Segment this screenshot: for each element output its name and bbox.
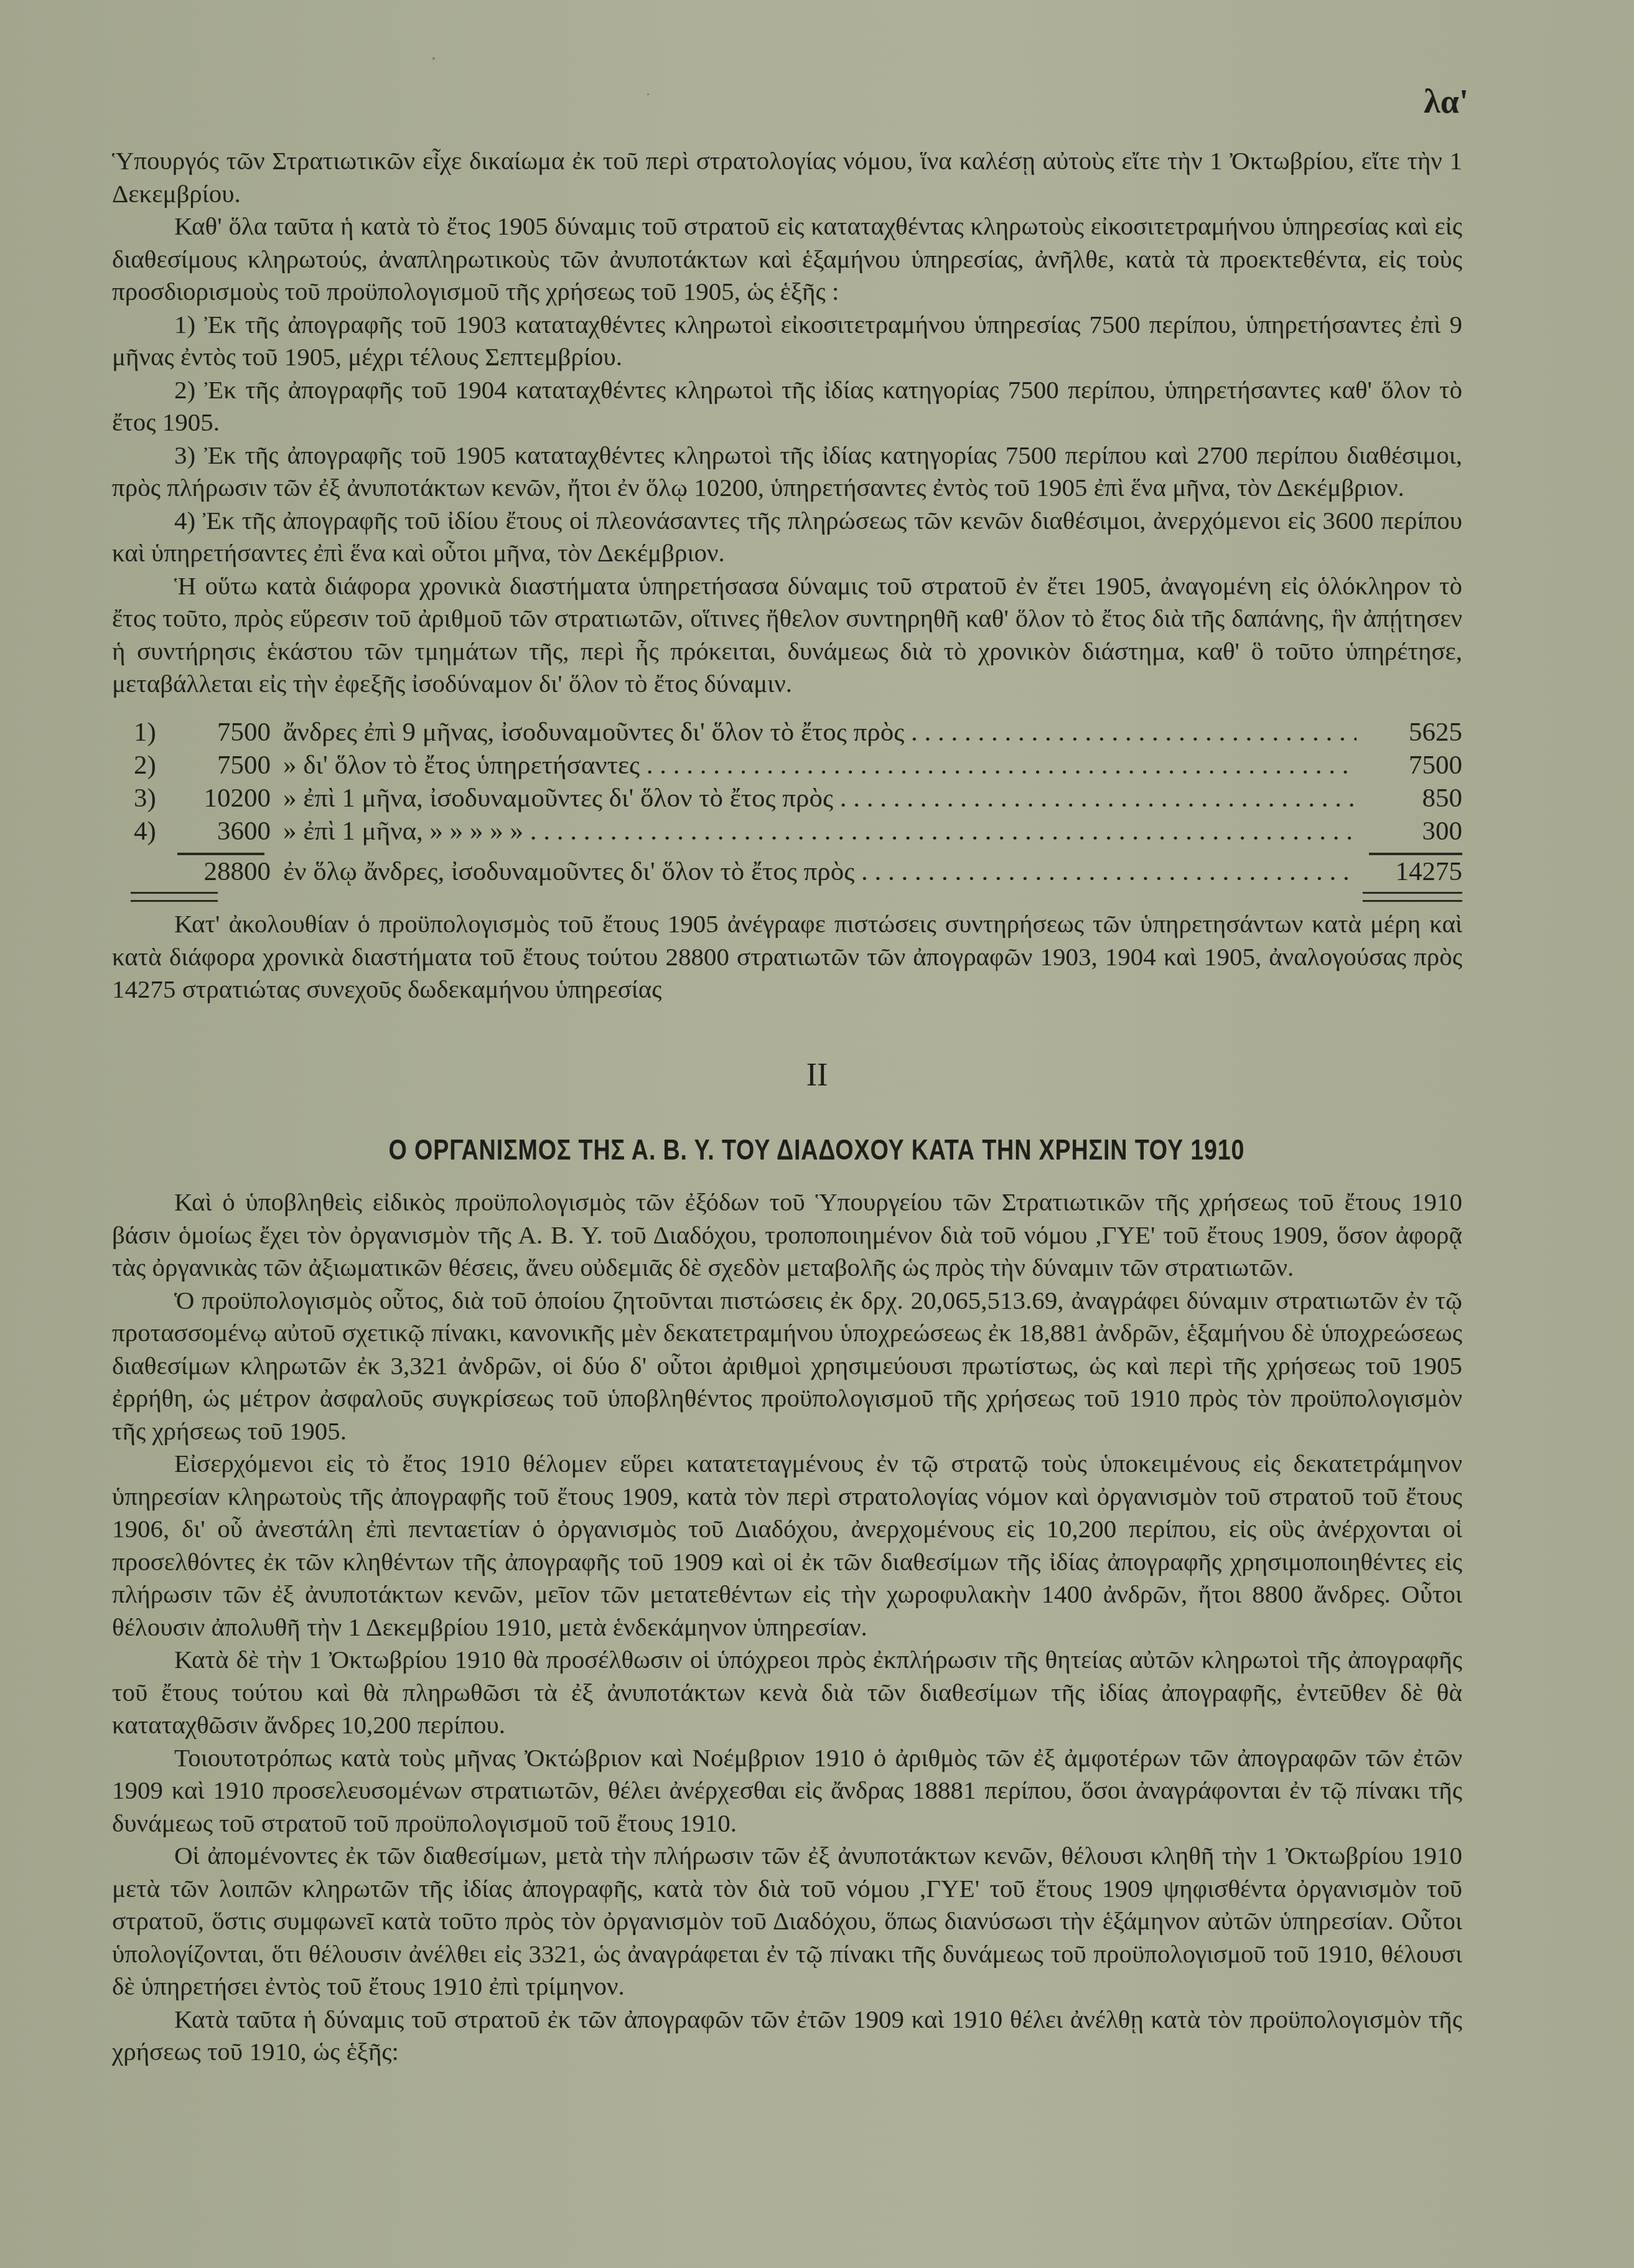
sum-rule bbox=[177, 853, 264, 855]
list-item: 4) Ἐκ τῆς ἀπογραφῆς τοῦ ἰδίου ἔτους οἱ π… bbox=[112, 504, 1462, 569]
closing-paragraph: Κατ' ἀκολουθίαν ὁ προϋπολογισμὸς τοῦ ἔτο… bbox=[112, 907, 1462, 1006]
list-item: 2) Ἐκ τῆς ἀπογραφῆς τοῦ 1904 καταταχθέντ… bbox=[112, 373, 1462, 439]
list-item: 3) Ἐκ τῆς ἀπογραφῆς τοῦ 1905 καταταχθέντ… bbox=[112, 439, 1462, 504]
equivalence-calculation: 1) 7500 ἄνδρες ἐπὶ 9 μῆνας, ἰσοδυναμοῦντ… bbox=[134, 717, 1462, 899]
paper-speck bbox=[647, 93, 649, 95]
paragraph: Τοιουτοτρόπως κατὰ τοὺς μῆνας Ὀκτώβριον … bbox=[112, 1741, 1462, 1840]
paper-speck bbox=[432, 57, 435, 60]
paragraph: Καθ' ὅλα ταῦτα ἡ κατὰ τὸ ἔτος 1905 δύναμ… bbox=[112, 210, 1462, 308]
section-one-text: Ὑπουργός τῶν Στρατιωτικῶν εἶχε δικαίωμα … bbox=[112, 144, 1462, 700]
double-rule bbox=[131, 892, 218, 902]
calc-row: 1) 7500 ἄνδρες ἐπὶ 9 μῆνας, ἰσοδυναμοῦντ… bbox=[134, 717, 1462, 750]
calc-row: 3) 10200 » ἐπὶ 1 μῆνα, ἰσοδυναμοῦντες δι… bbox=[134, 783, 1462, 816]
paragraph: Ὑπουργός τῶν Στρατιωτικῶν εἶχε δικαίωμα … bbox=[112, 144, 1462, 210]
double-rule bbox=[1363, 892, 1462, 902]
list-item: 1) Ἐκ τῆς ἀπογραφῆς τοῦ 1903 καταταχθέντ… bbox=[112, 308, 1462, 373]
calc-row: 4) 3600 » ἐπὶ 1 μῆνα, » » » » » 300 bbox=[134, 816, 1462, 849]
section-numeral: II bbox=[0, 1057, 1634, 1094]
section-two-text: Καὶ ὁ ὑποβληθεὶς εἰδικὸς προϋπολογισμὸς … bbox=[112, 1186, 1462, 2068]
calc-row: 2) 7500 » δι' ὅλον τὸ ἔτος ὑπηρετήσαντες… bbox=[134, 750, 1462, 783]
page-number: λα' bbox=[1424, 82, 1468, 121]
paragraph: Ἡ οὕτω κατὰ διάφορα χρονικὰ διαστήματα ὑ… bbox=[112, 569, 1462, 700]
calc-total-row: 28800 ἐν ὅλῳ ἄνδρες, ἰσοδυναμοῦντες δι' … bbox=[134, 856, 1462, 889]
section-title: Ο ΟΡΓΑΝΙΣΜΟΣ ΤΗΣ Α. Β. Υ. ΤΟΥ ΔΙΑΔΟΧΟΥ Κ… bbox=[147, 1133, 1487, 1166]
paragraph: Ὁ προϋπολογισμὸς οὗτος, διὰ τοῦ ὁποίου ζ… bbox=[112, 1284, 1462, 1448]
sum-rule bbox=[1369, 853, 1462, 855]
paragraph: Κατὰ ταῦτα ἡ δύναμις τοῦ στρατοῦ ἐκ τῶν … bbox=[112, 2003, 1462, 2068]
paragraph: Εἰσερχόμενοι εἰς τὸ ἔτος 1910 θέλομεν εὕ… bbox=[112, 1447, 1462, 1643]
paragraph: Κατὰ δὲ τὴν 1 Ὀκτωβρίου 1910 θὰ προσέλθω… bbox=[112, 1643, 1462, 1741]
paragraph: Καὶ ὁ ὑποβληθεὶς εἰδικὸς προϋπολογισμὸς … bbox=[112, 1186, 1462, 1284]
paragraph: Οἱ ἀπομένοντες ἐκ τῶν διαθεσίμων, μετὰ τ… bbox=[112, 1839, 1462, 2003]
document-page: λα' Ὑπουργός τῶν Στρατιωτικῶν εἶχε δικαί… bbox=[0, 0, 1634, 2268]
